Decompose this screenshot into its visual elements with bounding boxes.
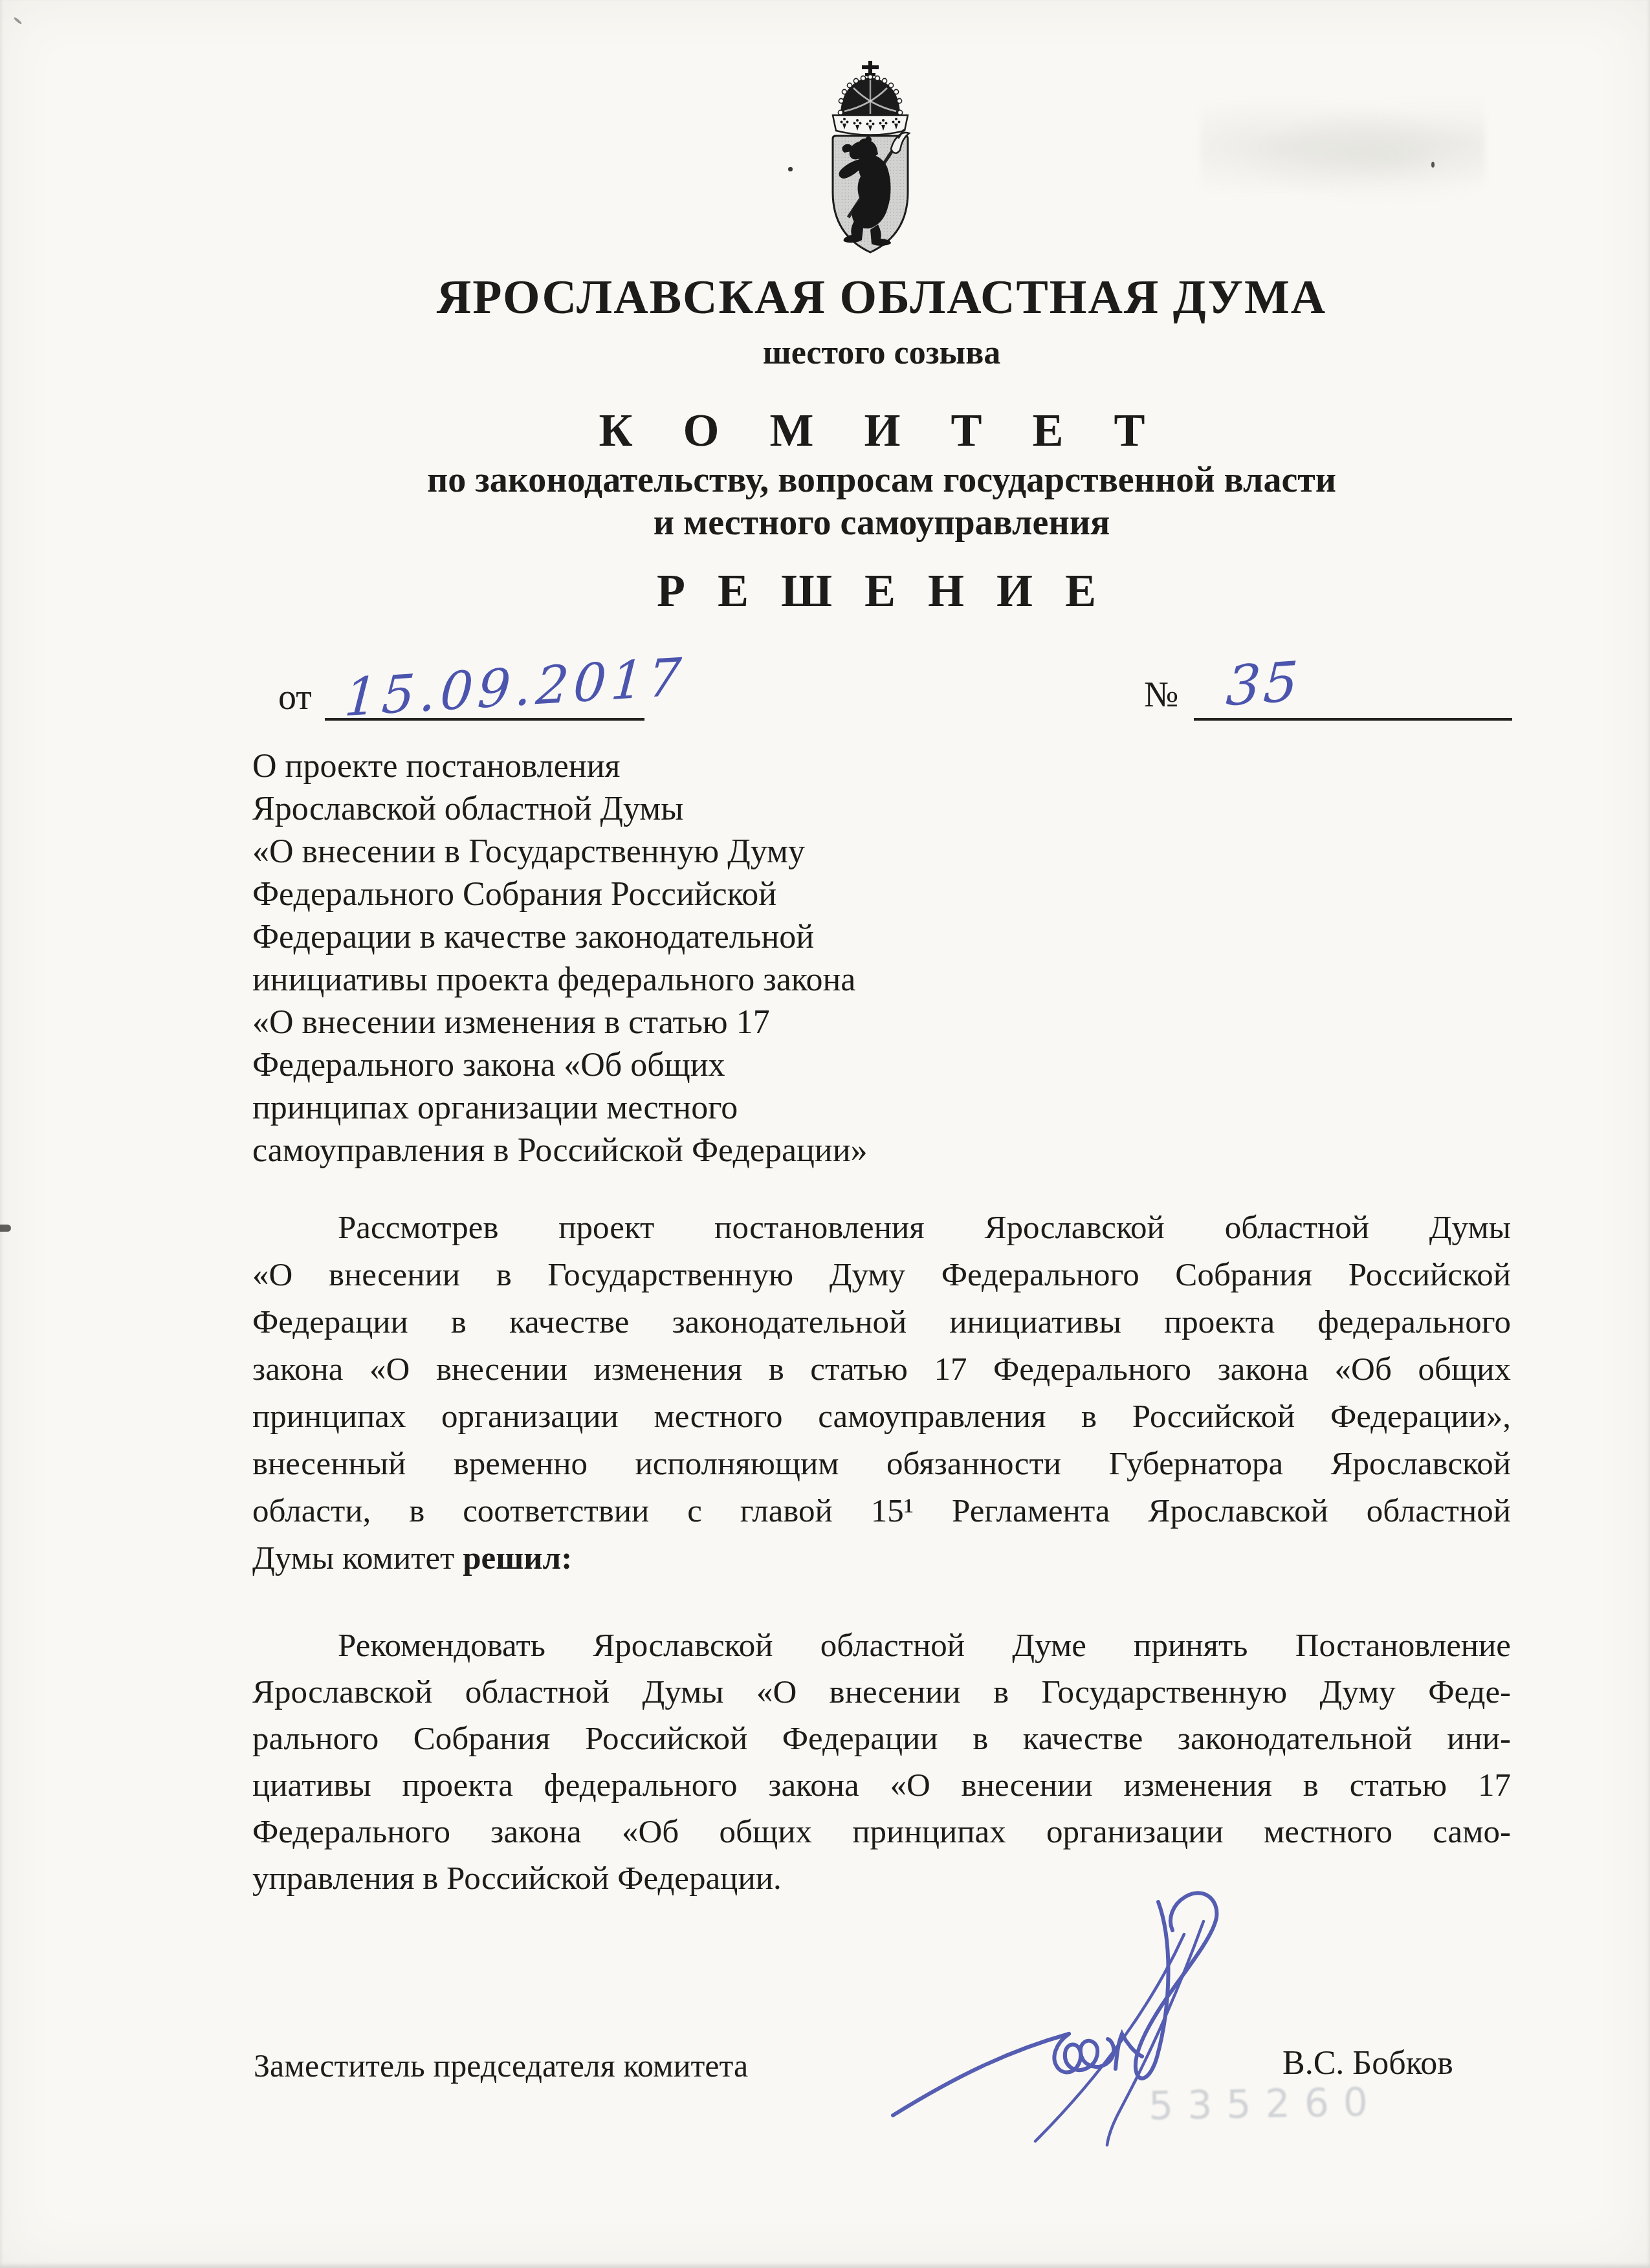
text-line: Рассмотрев проект постановления Ярославс… [252, 1205, 1511, 1252]
text-line: рального Собрания Российской Федерации в… [252, 1716, 1511, 1762]
subject-line: Федерального закона «Об общих [252, 1044, 1022, 1087]
subject-line: Федерального Собрания Российской [252, 873, 1022, 916]
text-line: Рекомендовать Ярославской областной Думе… [252, 1622, 1511, 1669]
text-line: принципах организации местного самоуправ… [252, 1393, 1511, 1441]
subject-line: инициативы проекта федерального закона [252, 959, 1022, 1001]
signature-ink [880, 1862, 1320, 2175]
text-line: закона «О внесении изменения в статью 17… [252, 1346, 1511, 1393]
subject-line: «О внесении в Государственную Думу [252, 831, 1022, 873]
number-label: № [1144, 674, 1178, 715]
subject-line: Ярославской областной Думы [252, 788, 1022, 831]
scan-speck [13, 17, 22, 25]
subject-line: О проекте постановления [252, 745, 1022, 788]
text-line: Думы комитет решил: [252, 1535, 1511, 1582]
text-line: «О внесении в Государственную Думу Федер… [252, 1252, 1511, 1299]
scan-speck [788, 167, 793, 171]
org-name-heading: ЯРОСЛАВСКАЯ ОБЛАСТНАЯ ДУМА [252, 270, 1511, 325]
ghost-digits-artifact: 535260 [1148, 2080, 1382, 2129]
body-paragraph-1: Рассмотрев проект постановления Ярославс… [252, 1205, 1511, 1582]
date-value-handwritten: 15.09.2017 [343, 647, 688, 728]
subject-line: Федерации в качестве законодательной [252, 916, 1022, 959]
paragraph-text: Думы комитет [252, 1540, 463, 1576]
committee-scope-line-2: и местного самоуправления [252, 502, 1511, 543]
committee-scope-line-1: по законодательству, вопросам государств… [252, 459, 1511, 501]
text-line: области, в соответствии с главой 15¹ Рег… [252, 1488, 1511, 1535]
doc-type-heading: Р Е Ш Е Н И Е [252, 564, 1511, 618]
text-line: Федерации в качестве законодательной ини… [252, 1299, 1511, 1346]
scan-speck [1431, 162, 1435, 168]
text-line: внесенный временно исполняющим обязаннос… [252, 1441, 1511, 1488]
date-number-row: от 15.09.2017 № 35 [252, 665, 1511, 727]
committee-heading: К О М И Т Е Т [252, 404, 1511, 457]
body-paragraph-2: Рекомендовать Ярославской областной Думе… [252, 1622, 1511, 1902]
subject-line: принципах организации местного [252, 1087, 1022, 1129]
scan-speck [0, 1225, 11, 1232]
text-line: Федерального закона «Об общих принципах … [252, 1809, 1511, 1855]
date-label: от [278, 677, 312, 718]
scanned-document-page: ЯРОСЛАВСКАЯ ОБЛАСТНАЯ ДУМА шестого созыв… [0, 0, 1650, 2268]
date-underline [325, 718, 644, 721]
resolution-verb: решил: [463, 1540, 572, 1576]
number-value-handwritten: 35 [1225, 649, 1303, 719]
text-line: циативы проекта федерального закона «О в… [252, 1762, 1511, 1809]
signatory-position: Заместитель председателя комитета [254, 2047, 748, 2084]
number-underline [1194, 718, 1512, 721]
subject-block: О проекте постановленияЯрославской облас… [252, 745, 1022, 1172]
bleed-through-artifact [1200, 97, 1485, 207]
convocation-subheading: шестого созыва [252, 334, 1511, 372]
subject-line: «О внесении изменения в статью 17 [252, 1001, 1022, 1044]
subject-line: самоуправления в Российской Федерации» [252, 1129, 1022, 1172]
text-line: Ярославской областной Думы «О внесении в… [252, 1669, 1511, 1716]
coat-of-arms-yaroslavl-icon [793, 60, 948, 260]
